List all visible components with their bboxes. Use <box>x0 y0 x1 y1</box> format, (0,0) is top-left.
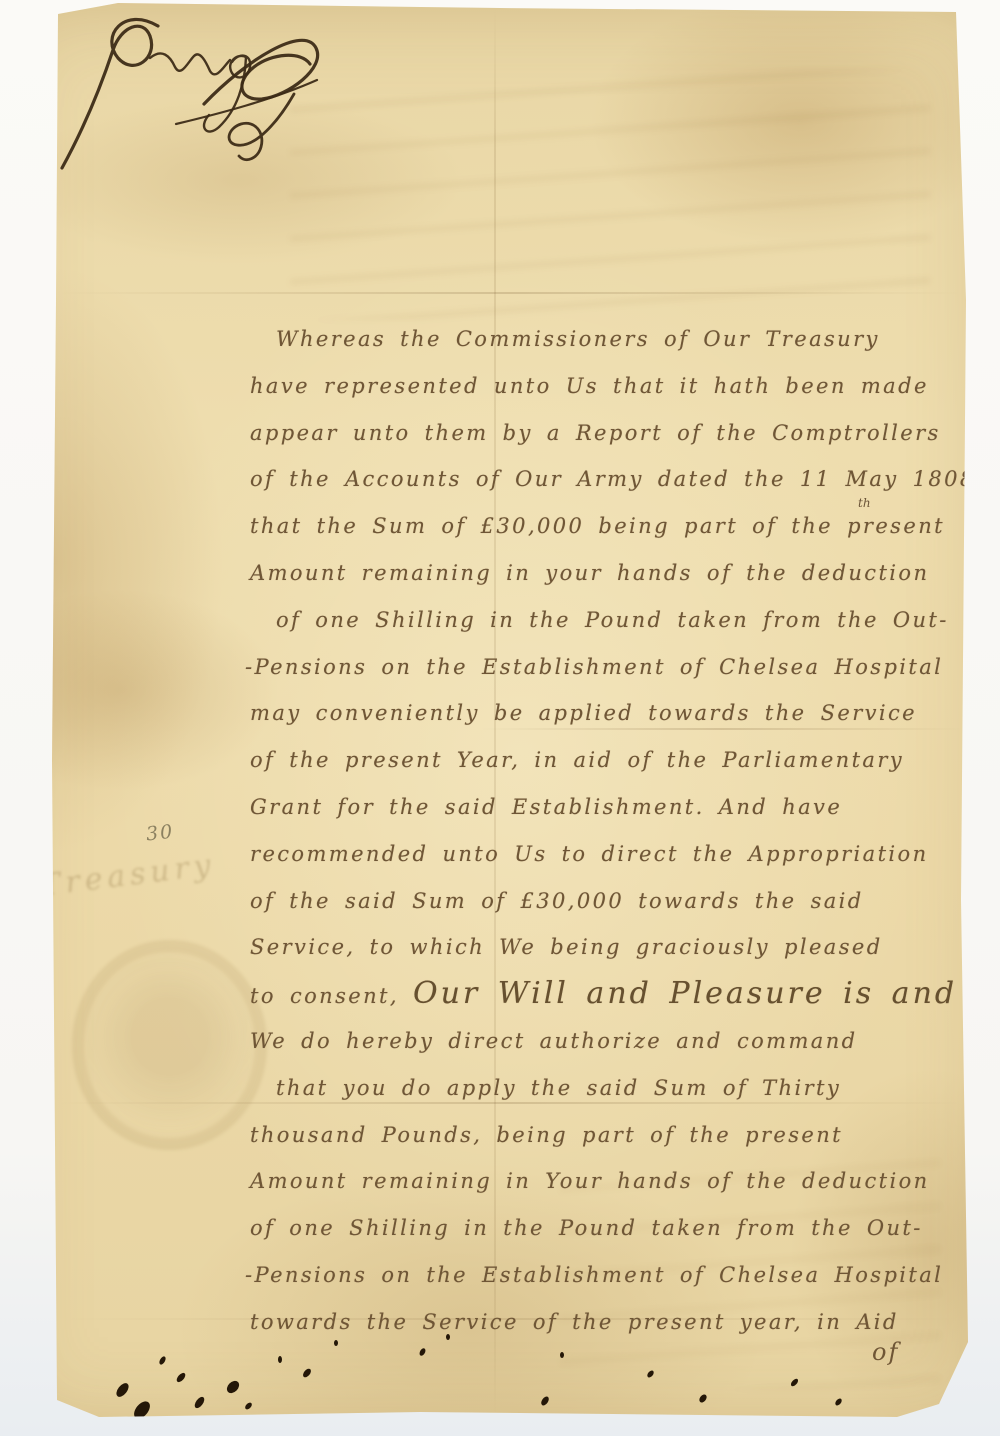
manuscript-line: Amount remaining in Your hands of the de… <box>250 1158 1000 1205</box>
catchword: of <box>872 1338 899 1366</box>
embossed-seal-impression <box>72 940 267 1150</box>
manuscript-line: may conveniently be applied towards the … <box>250 690 1000 737</box>
manuscript-line: that the Sum of £30,000 being part of th… <box>250 503 1000 550</box>
manuscript-line: Grant for the said Establishment. And ha… <box>250 784 1000 831</box>
manuscript-line: that you do apply the said Sum of Thirty <box>250 1065 1000 1112</box>
manuscript-line: Whereas the Commissioners of Our Treasur… <box>250 316 1000 363</box>
manuscript-line: of one Shilling in the Pound taken from … <box>250 597 1000 644</box>
manuscript-line: of one Shilling in the Pound taken from … <box>250 1205 1000 1252</box>
manuscript-line: Service, to which We being graciously pl… <box>250 924 1000 971</box>
manuscript-line: of the present Year, in aid of the Parli… <box>250 737 1000 784</box>
manuscript-line: appear unto them by a Report of the Comp… <box>250 410 1000 457</box>
manuscript-line: of the said Sum of £30,000 towards the s… <box>250 878 1000 925</box>
manuscript-line: have represented unto Us that it hath be… <box>250 363 1000 410</box>
manuscript-line: -Pensions on the Establishment of Chelse… <box>245 1252 1000 1299</box>
manuscript-line: to consent, Our Will and Pleasure is and <box>250 971 1000 1018</box>
show-through-text: Treasury <box>39 847 218 903</box>
horizontal-fold-crease <box>56 292 964 294</box>
verso-bleed-through-top <box>290 70 930 320</box>
manuscript-line-prefix: to consent, <box>250 984 413 1008</box>
manuscript-line: of the Accounts of Our Army dated the 11… <box>250 456 1000 503</box>
manuscript-line: We do hereby direct authorize and comman… <box>250 1018 1000 1065</box>
manuscript-line: recommended unto Us to direct the Approp… <box>250 831 1000 878</box>
aged-paper-sheet: Whereas the Commissioners of Our Treasur… <box>0 0 1000 1436</box>
manuscript-line: -Pensions on the Establishment of Chelse… <box>245 644 1000 691</box>
manuscript-body: Whereas the Commissioners of Our Treasur… <box>250 316 1000 1346</box>
scanned-manuscript-page: { "document": { "kind": "handwritten roy… <box>0 0 1000 1436</box>
pencil-annotation: 30 <box>145 821 175 846</box>
interlinear-insertion-mark: th <box>858 496 871 510</box>
engrossed-phrase: Our Will and Pleasure is and <box>413 976 957 1011</box>
manuscript-line: Amount remaining in your hands of the de… <box>250 550 1000 597</box>
royal-signature <box>58 4 320 172</box>
manuscript-line: thousand Pounds, being part of the prese… <box>250 1112 1000 1159</box>
